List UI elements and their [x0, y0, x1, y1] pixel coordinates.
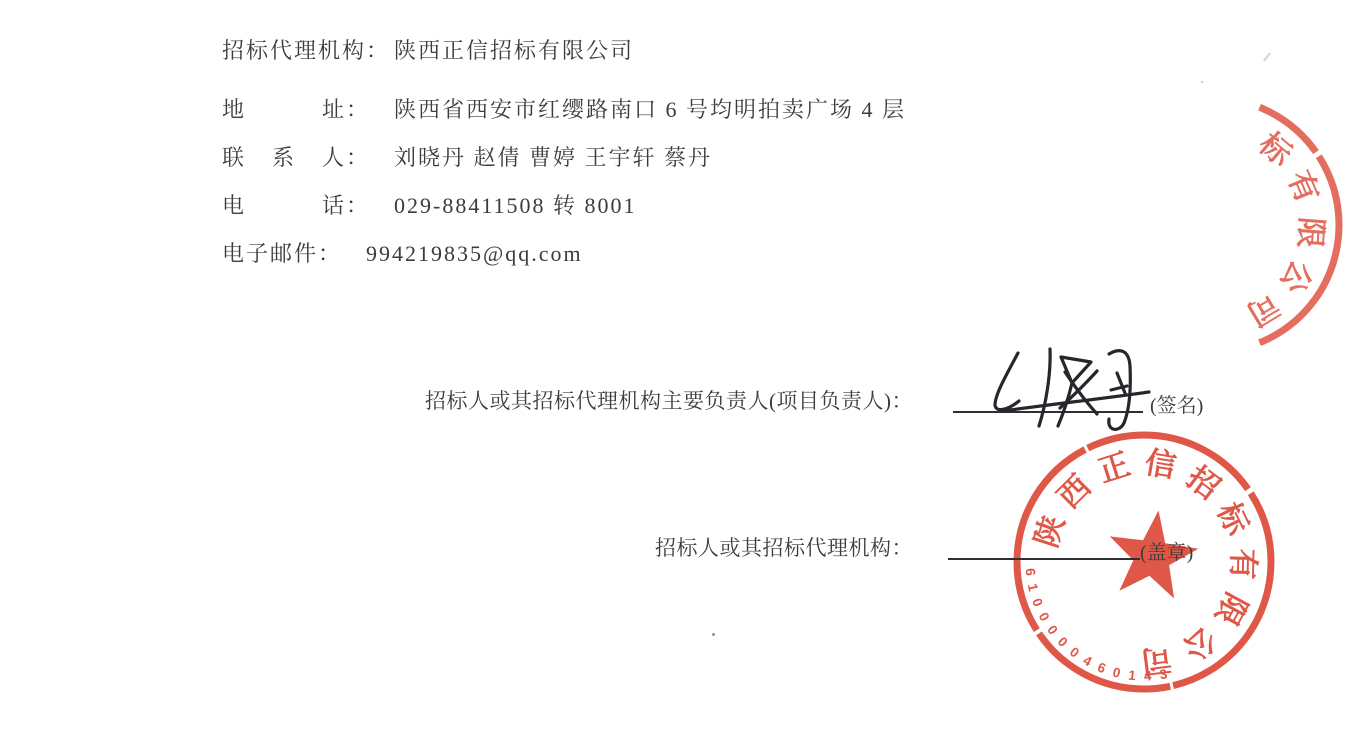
- seal-serial-digit: 0: [1111, 664, 1122, 680]
- seal-company-char: 招: [1215, 108, 1253, 149]
- seal-company-char: 信: [1142, 445, 1178, 485]
- seal-serial-digit: 0: [1067, 644, 1082, 660]
- seal-serial-digit: 4: [1144, 668, 1152, 683]
- seal-company-char: 有: [1281, 166, 1325, 208]
- signature-underline: [953, 411, 1143, 413]
- seal-company-char: 正: [1094, 446, 1134, 489]
- seal-company-char: 公: [1273, 255, 1319, 300]
- seal-company-char: 正: [1123, 128, 1169, 175]
- label-colon: ：: [366, 38, 390, 63]
- scan-speck: [1201, 81, 1203, 83]
- seal-company-char: 西: [1098, 168, 1142, 210]
- signature-stroke: [1065, 372, 1097, 414]
- seal-company-char: 信: [1168, 108, 1207, 150]
- seal-company-char: 标: [1210, 497, 1255, 541]
- signature-stroke: [1109, 351, 1131, 430]
- seal-company-char: 陕: [1028, 511, 1071, 551]
- field-label: 地址: [222, 93, 346, 124]
- seal-company-char: 限: [1292, 216, 1329, 250]
- seal-serial-digit: 3: [1158, 666, 1168, 682]
- seal-company-char: 司: [1139, 641, 1174, 680]
- seal-company-char: 司: [1241, 287, 1286, 333]
- signature-stroke: [1117, 373, 1125, 393]
- scan-speck: [1263, 52, 1271, 61]
- stamp-suffix: (盖章): [1140, 536, 1193, 565]
- signature-line-label: 招标人或其招标代理机构主要负责人(项目负责人)：: [425, 385, 913, 415]
- signature-stroke: [1003, 392, 1149, 411]
- contact-row-contacts: 联系人：刘晓丹 赵倩 曹婷 王宇轩 蔡丹: [222, 141, 712, 172]
- label-colon: ：: [346, 97, 370, 122]
- field-label: 联系人: [222, 141, 346, 172]
- seal-serial-digit: 6: [1095, 659, 1108, 676]
- seal-serial-digit: 1: [1128, 668, 1138, 684]
- stamp-line-label: 招标人或其招标代理机构：: [655, 532, 913, 562]
- signature-stroke: [1111, 386, 1127, 390]
- field-label: 招标代理机构: [222, 34, 366, 65]
- label-colon: ：: [346, 145, 370, 170]
- contact-row-address: 地址：陕西省西安市红缨路南口 6 号均明拍卖广场 4 层: [222, 93, 906, 124]
- signature-stroke: [1060, 371, 1097, 408]
- seal-serial-digit: 0: [1029, 596, 1046, 608]
- field-value: 029-88411508 转 8001: [394, 193, 637, 218]
- signature-stroke: [995, 353, 1019, 410]
- official-seal-partial: 陕西正信招标有限公司: [1085, 98, 1339, 352]
- seal-serial-digit: 6: [1023, 568, 1039, 577]
- seal-serial-digit: 0: [1036, 610, 1053, 624]
- seal-company-char: 西: [1051, 468, 1098, 515]
- stamp-underline: [948, 558, 1140, 560]
- field-value: 陕西正信招标有限公司: [394, 38, 634, 63]
- seal-company-char: 陕: [1095, 218, 1133, 252]
- seal-company-char: 标: [1253, 126, 1300, 173]
- seal-company-char: 限: [1208, 587, 1254, 631]
- field-value: 陕西省西安市红缨路南口 6 号均明拍卖广场 4 层: [394, 97, 906, 122]
- field-value: 994219835@qq.com: [366, 241, 583, 266]
- seal-company-char: 有: [1225, 548, 1261, 580]
- seal-ring: [1085, 98, 1339, 352]
- seal-company-char: 公: [1177, 620, 1222, 666]
- field-label: 电子邮件: [222, 237, 318, 268]
- label-colon: ：: [346, 193, 370, 218]
- seal-serial-digit: 0: [1055, 634, 1071, 650]
- signature-stroke: [1058, 383, 1072, 426]
- contact-row-email: 电子邮件：994219835@qq.com: [222, 237, 583, 268]
- seal-company-char: 招: [1180, 459, 1226, 506]
- contact-row-phone: 电话：029-88411508 转 8001: [222, 189, 637, 220]
- seal-serial-digit: 1: [1025, 582, 1041, 593]
- field-value: 刘晓丹 赵倩 曹婷 王宇轩 蔡丹: [394, 145, 712, 170]
- field-label: 电话: [222, 189, 346, 220]
- seal-serial-digit: 0: [1044, 622, 1061, 637]
- signature-suffix: (签名): [1150, 389, 1203, 418]
- seal-serial-digit: 4: [1081, 653, 1095, 670]
- contact-row-agency: 招标代理机构：陕西正信招标有限公司: [222, 34, 634, 65]
- signature-stroke: [1061, 357, 1091, 383]
- signature-stroke: [1039, 349, 1050, 426]
- scan-speck: [712, 633, 715, 636]
- label-colon: ：: [318, 241, 342, 266]
